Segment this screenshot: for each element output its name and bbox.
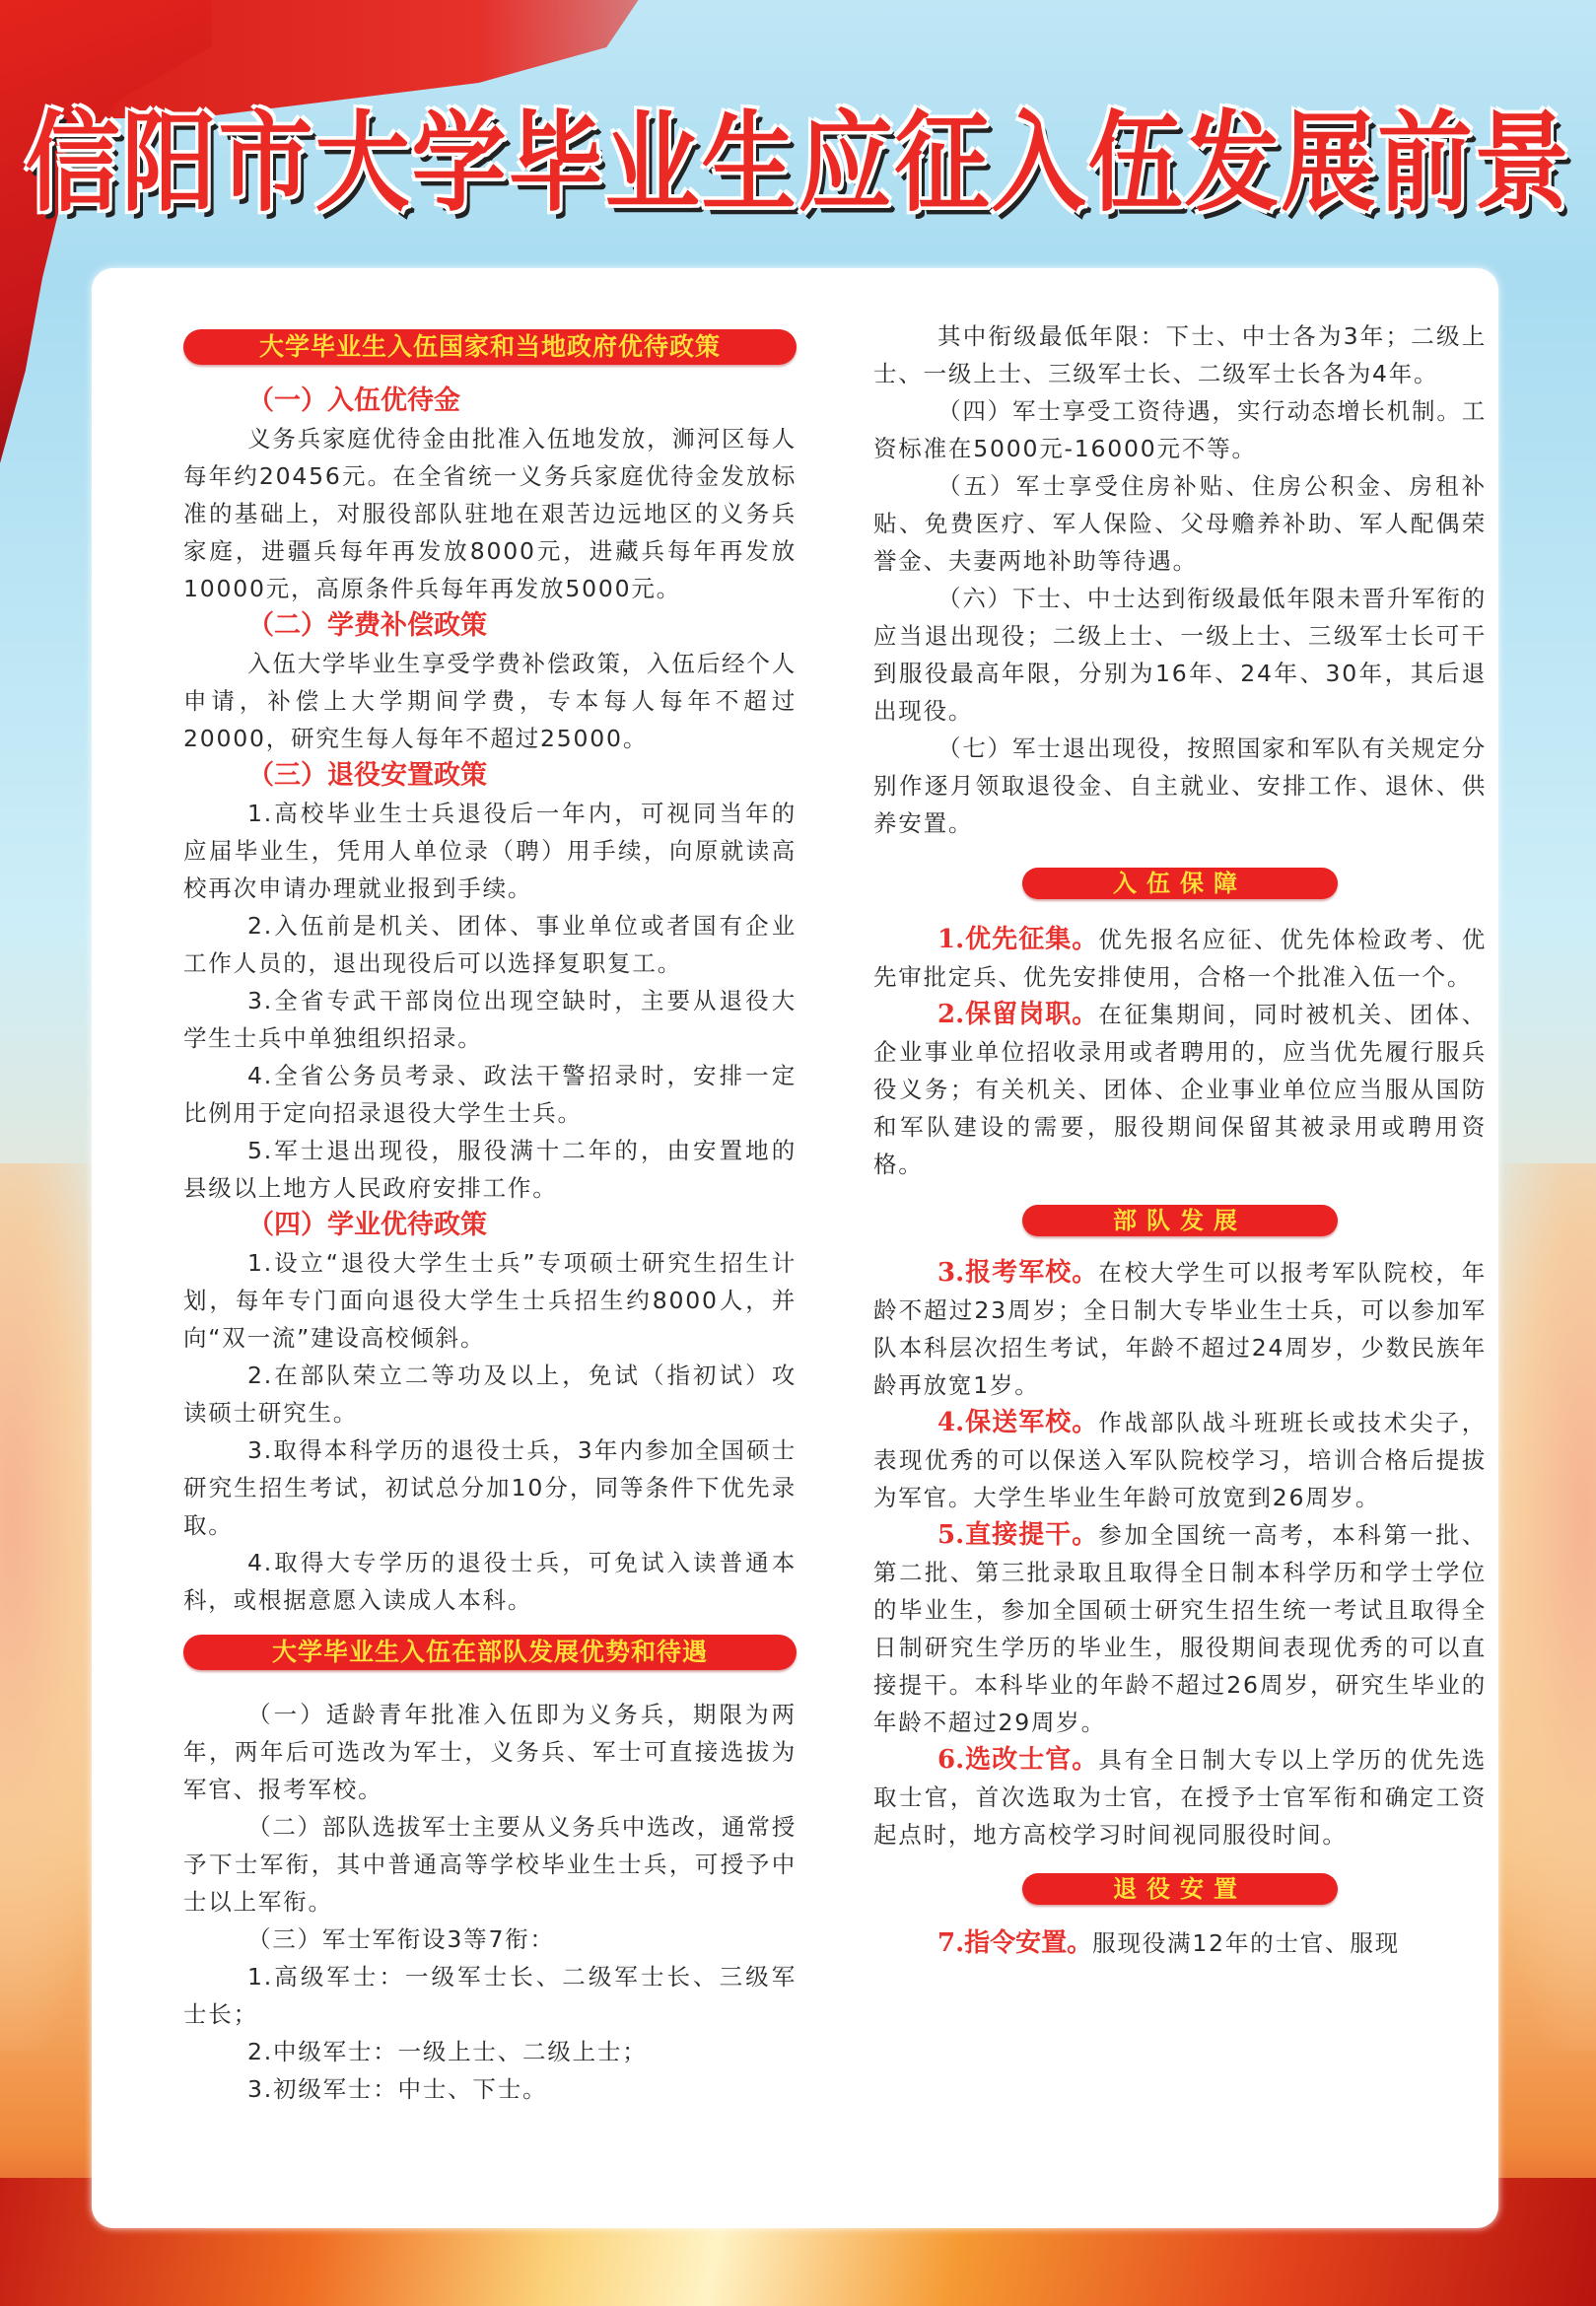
item-lead: 1.优先征集。 [937, 925, 1098, 954]
guarantee-item: 1.优先征集。优先报名应征、优先体检政考、优先审批定兵、优先安排使用，合格一个批… [873, 921, 1487, 996]
item-lead: 2.保留岗职。 [937, 1000, 1098, 1029]
retire-item: 7.指令安置。服现役满12年的士官、服现 [873, 1924, 1487, 1962]
section-banner-guarantee: 入伍保障 [1022, 868, 1338, 899]
item-lead: 4.保送军校。 [937, 1408, 1098, 1437]
paragraph: 义务兵家庭优待金由批准入伍地发放，浉河区每人每年约20456元。在全省统一义务兵… [183, 420, 797, 607]
develop-item: 4.保送军校。作战部队战斗班班长或技术尖子，表现优秀的可以保送入军队院校学习，培… [873, 1404, 1487, 1516]
paragraph: 3.全省专武干部岗位出现空缺时，主要从退役大学生士兵中单独组织招录。 [183, 982, 797, 1057]
left-column: 大学毕业生入伍国家和当地政府优待政策 （一）入伍优待金 义务兵家庭优待金由批准入… [183, 268, 797, 2108]
guarantee-item: 2.保留岗职。在征集期间，同时被机关、团体、企业事业单位招收录用或者聘用的，应当… [873, 996, 1487, 1183]
poster-title: 信阳市大学毕业生应征入伍发展前景 [0, 77, 1596, 233]
right-column: 其中衔级最低年限：下士、中士各为3年；二级上士、一级上士、三级军士长、二级军士长… [873, 268, 1487, 1962]
paragraph: （七）军士退出现役，按照国家和军队有关规定分别作逐月领取退役金、自主就业、安排工… [873, 730, 1487, 842]
paragraph: 1.高校毕业生士兵退役后一年内，可视同当年的应届毕业生，凭用人单位录（聘）用手续… [183, 795, 797, 907]
subheading-academic-benefits: （四）学业优待政策 [183, 1207, 797, 1244]
subheading-retirement-placement: （三）退役安置政策 [183, 757, 797, 795]
section-banner-advantages: 大学毕业生入伍在部队发展优势和待遇 [183, 1635, 797, 1670]
paragraph: （一）适龄青年批准入伍即为义务兵，期限为两年，两年后可选改为军士，义务兵、军士可… [183, 1696, 797, 1808]
paragraph: 3.初级军士：中士、下士。 [183, 2070, 797, 2108]
paragraph: 2.在部队荣立二等功及以上，免试（指初试）攻读硕士研究生。 [183, 1357, 797, 1432]
paragraph: 其中衔级最低年限：下士、中士各为3年；二级上士、一级上士、三级军士长、二级军士长… [873, 317, 1487, 392]
paragraph: 5.军士退出现役，服役满十二年的，由安置地的县级以上地方人民政府安排工作。 [183, 1132, 797, 1207]
paragraph: 入伍大学毕业生享受学费补偿政策，入伍后经个人申请，补偿上大学期间学费，专本每人每… [183, 645, 797, 757]
develop-item: 5.直接提干。参加全国统一高考，本科第一批、第二批、第三批录取且取得全日制本科学… [873, 1516, 1487, 1741]
paragraph: 4.取得大专学历的退役士兵，可免试入读普通本科，或根据意愿入读成人本科。 [183, 1544, 797, 1619]
paragraph: （四）军士享受工资待遇，实行动态增长机制。工资标准在5000元-16000元不等… [873, 392, 1487, 467]
paragraph: （六）下士、中士达到衔级最低年限未晋升军衔的应当退出现役；二级上士、一级上士、三… [873, 580, 1487, 730]
paragraph: （二）部队选拔军士主要从义务兵中选改，通常授予下士军衔，其中普通高等学校毕业生士… [183, 1808, 797, 1921]
paragraph: 2.入伍前是机关、团体、事业单位或者国有企业工作人员的，退出现役后可以选择复职复… [183, 907, 797, 982]
section-banner-retire: 退役安置 [1022, 1873, 1338, 1905]
section-banner-policies: 大学毕业生入伍国家和当地政府优待政策 [183, 329, 797, 365]
paragraph: 1.设立“退役大学生士兵”专项硕士研究生招生计划，每年专门面向退役大学生士兵招生… [183, 1244, 797, 1357]
item-text: 服现役满12年的士官、服现 [1092, 1929, 1400, 1957]
subheading-tuition-compensation: （二）学费补偿政策 [183, 607, 797, 645]
item-lead: 6.选改士官。 [937, 1745, 1098, 1775]
paragraph: 2.中级军士：一级上士、二级上士； [183, 2033, 797, 2070]
paragraph: （五）军士享受住房补贴、住房公积金、房租补贴、免费医疗、军人保险、父母赡养补助、… [873, 467, 1487, 580]
develop-item: 6.选改士官。具有全日制大专以上学历的优先选取士官，首次选取为士官，在授予士官军… [873, 1741, 1487, 1853]
content-panel: 大学毕业生入伍国家和当地政府优待政策 （一）入伍优待金 义务兵家庭优待金由批准入… [92, 268, 1498, 2228]
section-banner-develop: 部队发展 [1022, 1205, 1338, 1236]
item-text: 参加全国统一高考，本科第一批、第二批、第三批录取且取得全日制本科学历和学士学位的… [873, 1521, 1487, 1736]
paragraph: 1.高级军士：一级军士长、二级军士长、三级军士长； [183, 1958, 797, 2033]
item-lead: 7.指令安置。 [937, 1928, 1092, 1958]
paragraph: 3.取得本科学历的退役士兵，3年内参加全国硕士研究生招生考试，初试总分加10分，… [183, 1432, 797, 1544]
develop-item: 3.报考军校。在校大学生可以报考军队院校，年龄不超过23周岁；全日制大专毕业生士… [873, 1254, 1487, 1404]
paragraph: 4.全省公务员考录、政法干警招录时，安排一定比例用于定向招录退役大学生士兵。 [183, 1057, 797, 1132]
paragraph: （三）军士军衔设3等7衔： [183, 1921, 797, 1958]
item-lead: 3.报考军校。 [937, 1258, 1098, 1288]
item-lead: 5.直接提干。 [937, 1520, 1098, 1550]
subheading-enlist-allowance: （一）入伍优待金 [183, 383, 797, 420]
